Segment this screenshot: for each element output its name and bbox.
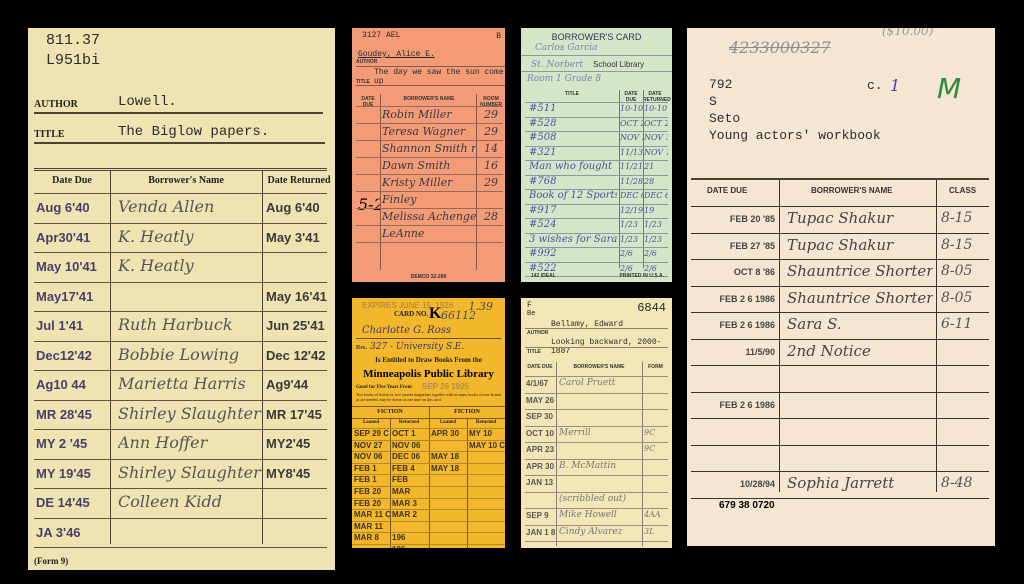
date-due: JAN 13	[526, 478, 556, 487]
title-label: TITLE	[34, 129, 65, 140]
date-returned: May 16'41	[266, 289, 332, 304]
table-row: May17'41May 16'41	[34, 282, 327, 312]
table-row: 4/1/67Carol Pruett	[525, 376, 668, 393]
loaned-date: NOV 27	[354, 441, 390, 450]
table-row: Teresa Wagner29	[356, 123, 503, 140]
book-title: Man who fought	[529, 161, 617, 172]
date-due: 11/13	[620, 148, 643, 157]
table-row: SEP 30	[525, 409, 668, 426]
date-returned: MY8'45	[266, 466, 332, 481]
date-due: May17'41	[36, 289, 110, 304]
book-title: #768	[529, 176, 617, 187]
date-returned: 2/6	[644, 264, 668, 273]
class: 8-15	[941, 237, 987, 253]
date-returned: 19	[644, 206, 668, 215]
header-loaned: Loaned	[352, 420, 390, 425]
good-for-label: Good for Five Years From	[356, 385, 412, 390]
date-due: DEC 6	[620, 191, 643, 200]
table-row: #528OCT 24OCT 24	[525, 117, 668, 132]
loaned-date: APR 30	[431, 429, 467, 438]
returned-date: MY 10	[469, 429, 505, 438]
table-row: SEP 29 COCT 1APR 30MY 10	[352, 428, 505, 440]
borrower-name: Tupac Shakur	[787, 236, 933, 254]
loan-table: DATE DUE BORROWER'S NAME ROOM NUMBER Rob…	[356, 94, 503, 270]
author-label: AUTHOR	[356, 59, 377, 65]
date-returned: DEC 6	[644, 191, 668, 200]
date-due: 11/5/90	[695, 347, 775, 357]
header-borrower: BORROWER'S NAME	[382, 96, 476, 102]
loaned-date: MAY 18	[431, 452, 467, 461]
borrower-name: Ann Hoffer	[118, 433, 262, 452]
borrower-name: Kristy Miller	[382, 176, 476, 189]
author-value: Lowell.	[118, 94, 177, 110]
date-due: Jul 1'41	[36, 318, 110, 333]
table-row: OCT 8 '86Shauntrice Shorter8-05	[691, 259, 989, 286]
date-due: FEB 20 '85	[695, 214, 775, 224]
date-returned: 1/23	[644, 235, 668, 244]
borrower-name: Marietta Harris	[118, 374, 262, 393]
header-date-due: DATE DUE	[707, 186, 747, 195]
author-row: AUTHOR Lowell.	[34, 90, 323, 114]
borrower-name: Colleen Kidd	[118, 492, 262, 511]
borrower-name: Shauntrice Shorter	[787, 262, 933, 280]
library-card-borrowers: BORROWER'S CARD Carlos Garcia St. Norber…	[521, 28, 672, 282]
loan-table: DATE DUE BORROWER'S NAME FORM 4/1/67Caro…	[525, 362, 668, 546]
header-returned: Returned	[467, 420, 505, 425]
header-date-due: DATE DUE	[525, 364, 555, 370]
loan-table: DATE DUE BORROWER'S NAME CLASS FEB 20 '8…	[691, 178, 989, 492]
book-title: #528	[529, 118, 617, 129]
borrower-name: K. Heatly	[118, 256, 262, 275]
room-number: 29	[478, 125, 504, 138]
room-number: 29	[478, 108, 504, 121]
card-holder: Charlotte G. Ross	[362, 325, 451, 336]
class: 8-05	[941, 290, 987, 306]
library-name: Minneapolis Public Library	[352, 368, 505, 380]
footer: DEMCO 32-289	[352, 274, 505, 280]
table-row: Aug 6'40Venda AllenAug 6'40	[34, 193, 327, 223]
title-row: TITLE The Biglow papers.	[34, 120, 325, 144]
borrower-name: Mike Howell	[559, 510, 641, 520]
class: 8-05	[941, 263, 987, 279]
table-row: FEB 20 '85Tupac Shakur8-15	[691, 206, 989, 233]
date-due: DE 14'45	[36, 495, 110, 510]
table-row: Dawn Smith16	[356, 157, 503, 174]
returned-date: NOV 06	[392, 441, 428, 450]
form: 4AA	[644, 510, 668, 519]
date-returned: MY2'45	[266, 436, 332, 451]
table-row: NOV 06DEC 06MAY 18	[352, 451, 505, 463]
table-row: MR 28'45Shirley SlaughterMR 17'45	[34, 400, 327, 430]
date-due: Apr30'41	[36, 230, 110, 245]
returned-date: 196	[392, 545, 428, 548]
book-title: #524	[529, 219, 617, 230]
borrower-name: 2nd Notice	[787, 342, 933, 360]
returned-date: 196	[392, 533, 428, 542]
library-card-minneapolis: EXPIRES JUNE 15, 1926 1.39 CARD NO. K 66…	[352, 298, 505, 548]
call-number: 3127 AEL	[362, 31, 400, 40]
table-row: FEB 20MAR	[352, 486, 505, 498]
book-title: 3 wishes for Sarah	[529, 234, 617, 245]
class: 6-11	[941, 316, 987, 332]
author-label: AUTHOR	[527, 330, 548, 336]
date-returned: 2/6	[644, 249, 668, 258]
header-date-returned: Date Returned	[264, 175, 334, 186]
card-letter: K	[429, 305, 441, 323]
returned-date: DEC 06	[392, 452, 428, 461]
date-due: 10-10	[620, 104, 643, 113]
table-row: FEB 2 6 1986Sara S.6-11	[691, 312, 989, 339]
table-row: MAR 8196	[352, 532, 505, 544]
table-row: #91712/1919	[525, 204, 668, 219]
footer-right: PRINTED IN U.S.A.	[620, 273, 664, 279]
table-row: MAR 11 CMAR 2	[352, 509, 505, 521]
date-due: May 10'41	[36, 259, 110, 274]
class: 8-15	[941, 210, 987, 226]
corner-letter: B	[496, 32, 501, 41]
form: 9C	[644, 428, 668, 437]
date-returned: May 3'41	[266, 230, 332, 245]
date-due: Dec12'42	[36, 348, 110, 363]
book-title: #992	[529, 248, 617, 259]
table-row: FEB 1FEB	[352, 474, 505, 486]
table-row: FEB 2 6 1986Shauntrice Shorter8-05	[691, 286, 989, 313]
borrower-name: Carlos Garcia	[535, 43, 597, 53]
res-label: Res.	[356, 345, 367, 351]
borrower-name: Venda Allen	[118, 197, 262, 216]
date-due: APR 23	[526, 445, 556, 454]
returned-date: FEB	[392, 475, 428, 484]
borrower-name: Shirley Slaughter	[118, 463, 262, 482]
call-block: 792 S Seto Young actors' workbook	[709, 76, 881, 144]
loaned-date: MAY 18	[431, 464, 467, 473]
form: 3L	[644, 527, 668, 536]
borrower-name: Carol Pruett	[559, 378, 641, 388]
header-title: TITLE	[525, 91, 619, 97]
room-number: 29	[478, 176, 504, 189]
table-row	[691, 365, 989, 392]
returned-date: MAR 3	[392, 499, 428, 508]
loaned-date: NOV 06	[354, 452, 390, 461]
table-row: SEP 9Mike Howell4AA	[525, 508, 668, 525]
table-row: (scribbled out)	[525, 492, 668, 509]
title-value: Young actors' workbook	[709, 127, 881, 144]
table-row: 196	[352, 544, 505, 548]
returned-date: FEB 4	[392, 464, 428, 473]
barcode-number: 679 38 0720	[719, 500, 775, 511]
table-row: #508NOV 3NOV 3	[525, 131, 668, 146]
struck-barcode-number: 4233000327	[729, 38, 831, 57]
header-form: FORM	[643, 364, 668, 370]
date-due: 4/1/67	[526, 379, 556, 388]
form: 9C	[644, 444, 668, 453]
date-due: OCT 10	[526, 429, 556, 438]
borrower-name: K. Heatly	[118, 227, 262, 246]
card-number: 66112	[441, 309, 476, 322]
date-returned: MR 17'45	[266, 407, 332, 422]
date-returned: Dec 12'42	[266, 348, 332, 363]
borrower-name: Finley	[382, 193, 476, 206]
date-returned: NOV 14	[644, 148, 668, 157]
book-title: #508	[529, 132, 617, 143]
table-row: Apr30'41K. HeatlyMay 3'41	[34, 223, 327, 253]
date-due: 2/6	[620, 264, 643, 273]
borrower-name: Sara S.	[787, 315, 933, 333]
borrower-name: Ruth Harbuck	[118, 315, 262, 334]
section-fiction-2: FICTION	[429, 409, 505, 415]
borrower-name: Melissa Achenger	[382, 210, 476, 223]
table-row: DE 14'45Colleen Kidd	[34, 488, 327, 518]
loaned-date: FEB 1	[354, 475, 390, 484]
date-due: 11/28	[620, 177, 643, 186]
table-row: Ag10 44Marietta HarrisAg9'44	[34, 370, 327, 400]
table-row: 11/5/902nd Notice	[691, 339, 989, 366]
loaned-date: FEB 20	[354, 499, 390, 508]
table-row: FEB 27 '85Tupac Shakur8-15	[691, 233, 989, 260]
header-borrower: BORROWER'S NAME	[557, 364, 641, 370]
table-row: NOV 27NOV 06MAY 10 C	[352, 440, 505, 452]
date-due: 1/23	[620, 235, 643, 244]
loaned-date: SEP 29 C	[354, 429, 390, 438]
date-returned: Aug 6'40	[266, 200, 332, 215]
date-due: 12/19	[620, 206, 643, 215]
author-value: Seto	[709, 110, 881, 127]
book-title: Book of 12 Sports	[529, 190, 617, 201]
date-returned: OCT 24	[644, 119, 668, 128]
table-row: #5241/231/23	[525, 218, 668, 233]
table-row: #76811/2828	[525, 175, 668, 190]
table-row: FEB 20MAR 3	[352, 498, 505, 510]
date-due: MY 19'45	[36, 466, 110, 481]
call-number: 811.37 L951bi	[46, 31, 100, 71]
library-card-goudey: 3127 AEL B Goudey, Alice E. AUTHOR The d…	[352, 28, 505, 282]
copy-number: 1	[890, 76, 900, 95]
borrower-name: Dawn Smith	[382, 159, 476, 172]
table-row: #32111/13NOV 14	[525, 146, 668, 161]
date-due: MAY 26	[526, 396, 556, 405]
table-row: LeAnne	[356, 225, 503, 242]
table-row: JA 3'46	[34, 518, 327, 548]
date-returned: 21	[644, 162, 668, 171]
table-row: Shannon Smith room14	[356, 140, 503, 157]
card-heading: BORROWER'S CARD	[521, 32, 672, 42]
date-due: Ag10 44	[36, 377, 110, 392]
borrower-name: Cindy Alvarez	[559, 527, 641, 537]
table-row: Book of 12 SportsDEC 6DEC 6	[525, 189, 668, 204]
loaned-date: FEB 1	[354, 464, 390, 473]
date-due: SEP 9	[526, 511, 556, 520]
handwritten-mark: M	[937, 72, 961, 105]
date-due: FEB 27 '85	[695, 241, 775, 251]
header-borrower: Borrower's Name	[112, 175, 260, 186]
class: 8-48	[941, 475, 987, 491]
date-due: 10/28/94	[695, 479, 775, 489]
borrower-name: Robin Miller	[382, 108, 476, 121]
table-row: APR 30B. McMattin	[525, 459, 668, 476]
date-due: NOV 3	[620, 133, 643, 142]
date-returned: Jun 25'41	[266, 318, 332, 333]
loan-table: FICTION FICTION Loaned Returned Loaned R…	[352, 406, 505, 548]
borrower-name: LeAnne	[382, 227, 476, 240]
date-due: OCT 8 '86	[695, 267, 775, 277]
borrower-name: Shirley Slaughter	[118, 404, 262, 423]
footer-left: 142 IDEAL	[531, 273, 556, 279]
loaned-date: FEB 20	[354, 487, 390, 496]
date-returned: NOV 3	[644, 133, 668, 142]
date-due: FEB 2 6 1986	[695, 294, 775, 304]
borrower-name: Shannon Smith room	[382, 142, 476, 155]
table-row: 10/28/94Sophia Jarrett8-48	[691, 471, 989, 498]
library-card-lowell: 811.37 L951bi AUTHOR Lowell. TITLE The B…	[28, 28, 335, 570]
room-number: 16	[478, 159, 504, 172]
table-row: MAR 11	[352, 521, 505, 533]
date-due: MY 2 '45	[36, 436, 110, 451]
borrower-name: Shauntrice Shorter	[787, 289, 933, 307]
date-due: APR 30	[526, 462, 556, 471]
author-label: AUTHOR	[34, 99, 78, 110]
loaned-date: MAR 11 C	[354, 510, 390, 519]
form-label: (Form 9)	[34, 556, 68, 566]
date-due: Aug 6'40	[36, 200, 110, 215]
table-row: Robin Miller29	[356, 106, 503, 123]
loaned-date: MAR 11	[354, 522, 390, 531]
date-due: 1/23	[620, 220, 643, 229]
room-number: 14	[478, 142, 504, 155]
header-class: CLASS	[949, 186, 976, 195]
table-row: 3 wishes for Sarah1/231/23	[525, 233, 668, 248]
title-label: TITLE	[527, 349, 541, 355]
borrower-name: Sophia Jarrett	[787, 474, 933, 492]
copy-label: c.	[867, 78, 883, 93]
returned-date: MAR	[392, 487, 428, 496]
borrower-name: (scribbled out)	[559, 494, 641, 504]
good-for-date: SEP 26 1925	[422, 382, 469, 391]
table-row: 5-20Finley	[356, 191, 503, 208]
borrower-name: Bobbie Lowing	[118, 345, 262, 364]
table-row: MY 2 '45Ann HofferMY2'45	[34, 429, 327, 459]
residence: 327 - University S.E.	[370, 342, 464, 352]
borrower-name: Merrill	[559, 428, 641, 438]
section-fiction-1: FICTION	[352, 409, 428, 415]
book-title: #321	[529, 147, 617, 158]
book-title: #511	[529, 103, 617, 114]
author-value: Goudey, Alice E.	[358, 50, 435, 59]
table-row: JAN 13	[525, 475, 668, 492]
school-library-label: School Library	[593, 60, 644, 69]
loaned-date: MAR 8	[354, 533, 390, 542]
table-row: #51110-1010-10	[525, 102, 668, 117]
table-row: MAY 26	[525, 393, 668, 410]
date-due: 11/21	[620, 162, 643, 171]
date-due: FEB 2 6 1986	[695, 320, 775, 330]
borrower-name: Teresa Wagner	[382, 125, 476, 138]
date-returned: Ag9'44	[266, 377, 332, 392]
date-due: MR 28'45	[36, 407, 110, 422]
table-row: Kristy Miller29	[356, 174, 503, 191]
loan-table: TITLE DATE DUE DATE RETURNED #51110-1010…	[525, 90, 668, 268]
entitled-text: Is Entitled to Draw Books From the	[352, 356, 505, 364]
table-row	[691, 418, 989, 445]
table-row: MY 19'45Shirley SlaughterMY8'45	[34, 459, 327, 489]
room-number: 28	[478, 210, 504, 223]
price: ($10.00)	[882, 28, 933, 38]
table-row: OCT 10Merrill9C	[525, 426, 668, 443]
table-row: Dec12'42Bobbie LowingDec 12'42	[34, 341, 327, 371]
borrower-name: B. McMattin	[559, 461, 641, 471]
date-returned: 1/23	[644, 220, 668, 229]
date-due: JAN 1 8 1022	[526, 528, 556, 537]
date-due: OCT 24	[620, 119, 643, 128]
loan-table: Date Due Borrower's Name Date Returned A…	[34, 168, 327, 544]
borrower-name: Tupac Shakur	[787, 209, 933, 227]
school-name: St. Norbert	[531, 60, 583, 70]
table-row	[691, 445, 989, 472]
title-value: The day we saw the sun come up	[374, 68, 505, 86]
table-row: May 10'41K. Heatly	[34, 252, 327, 282]
cutter: Be	[527, 310, 535, 318]
book-title: #917	[529, 205, 617, 216]
date-returned: 10-10	[644, 104, 668, 113]
table-row: JAN 1 8 1022Cindy Alvarez3L	[525, 525, 668, 542]
table-row: FEB 1FEB 4MAY 18	[352, 463, 505, 475]
date-due: JA 3'46	[36, 525, 110, 540]
header-borrower: BORROWER'S NAME	[811, 186, 892, 195]
table-row: Melissa Achenger28	[356, 208, 503, 225]
header-date-due: Date Due	[34, 175, 110, 186]
table-row: APR 239C	[525, 442, 668, 459]
book-title: #522	[529, 263, 617, 274]
fine-print: Two books of fiction or two current maga…	[356, 392, 503, 402]
header-loaned: Loaned	[429, 420, 467, 425]
returned-date: MAR 2	[392, 510, 428, 519]
title-value: The Biglow papers.	[118, 124, 269, 140]
class-letter: F	[527, 301, 532, 310]
room-grade: Room 1 Grade 8	[527, 74, 601, 84]
date-due: 2/6	[620, 249, 643, 258]
table-row: #9922/62/6	[525, 247, 668, 262]
table-row: FEB 2 6 1986	[691, 392, 989, 419]
date-returned: 28	[644, 177, 668, 186]
header-returned: Returned	[390, 420, 428, 425]
date-due: FEB 2 6 1986	[695, 400, 775, 410]
card-number: 6844	[637, 301, 666, 315]
table-row: Jul 1'41Ruth HarbuckJun 25'41	[34, 311, 327, 341]
library-card-seto: ($10.00) 4233000327 792 S Seto Young act…	[687, 28, 995, 546]
card-no-label: CARD NO.	[394, 310, 428, 318]
returned-date: OCT 1	[392, 429, 428, 438]
table-row: Man who fought11/2121	[525, 160, 668, 175]
library-card-bellamy: F Be 6844 Bellamy, Edward AUTHOR Looking…	[521, 298, 672, 548]
returned-date: MAY 10 C	[469, 441, 505, 450]
date-due: SEP 30	[526, 412, 556, 421]
